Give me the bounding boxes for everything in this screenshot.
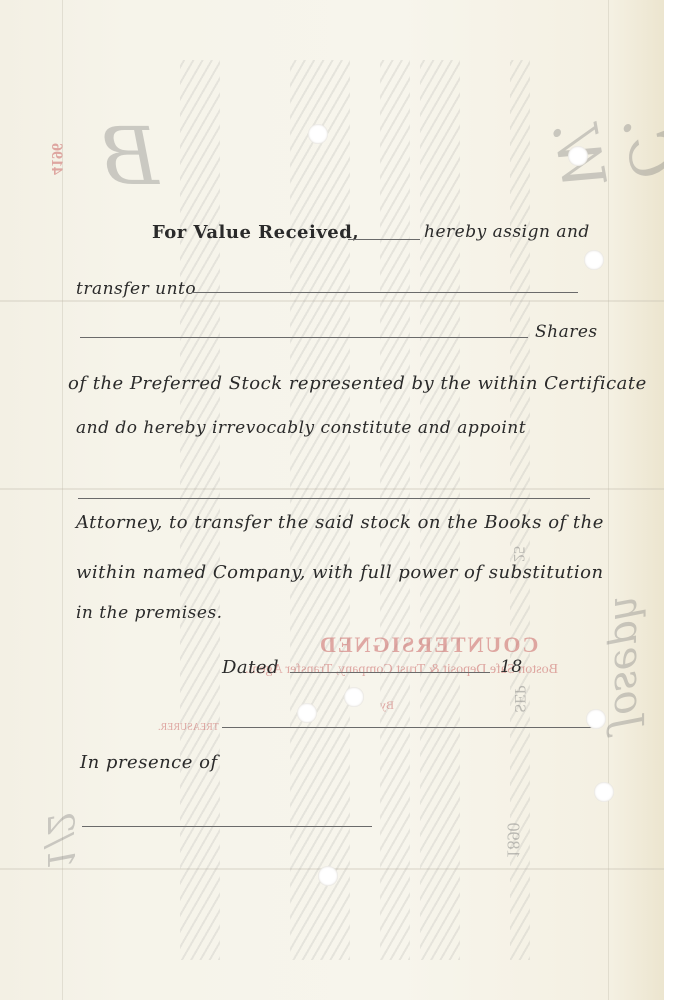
assignor-blank-line bbox=[348, 239, 420, 240]
bleed-through-stripe bbox=[180, 60, 220, 960]
cancellation-hole bbox=[297, 703, 317, 723]
company-text: within named Company, with full power of… bbox=[76, 562, 604, 583]
pencil-signature: Joseph bbox=[605, 595, 651, 731]
signature-blank-line bbox=[222, 727, 592, 728]
cancellation-hole bbox=[308, 124, 328, 144]
assignee-blank-line bbox=[192, 292, 578, 293]
cancellation-hole bbox=[344, 687, 364, 707]
shares-blank-line bbox=[80, 337, 528, 338]
pencil-annotation: B bbox=[100, 110, 159, 203]
pencil-annotation: 1/2 bbox=[38, 812, 79, 870]
cancellation-hole bbox=[568, 146, 588, 166]
stamp-year-bleed: 1890 bbox=[503, 823, 524, 859]
cancellation-hole bbox=[594, 782, 614, 802]
witness-blank-line bbox=[82, 826, 372, 827]
stamp-day-bleed: 25 bbox=[509, 546, 527, 562]
attorney-text: Attorney, to transfer the said stock on … bbox=[76, 512, 604, 533]
pencil-signature: C. W. bbox=[531, 64, 664, 196]
stamp-month-bleed: SEP bbox=[510, 685, 528, 713]
assign-text: hereby assign and bbox=[424, 222, 590, 242]
treasurer-text: TREASURER. bbox=[158, 722, 219, 733]
treasurer-bleed: TREASURER. bbox=[158, 722, 219, 733]
bleed-through-stripe bbox=[290, 60, 350, 960]
countersigned-text: COUNTERSIGNED bbox=[318, 632, 538, 658]
cancellation-hole bbox=[318, 866, 338, 886]
countersigned-bleed: COUNTERSIGNED bbox=[318, 632, 538, 658]
dated-label: Dated bbox=[222, 657, 279, 678]
by-text: By bbox=[380, 698, 394, 713]
bleed-through-stripe bbox=[380, 60, 410, 960]
certificate-number-bleed: 4196 bbox=[47, 143, 65, 175]
scan-margin bbox=[664, 0, 676, 1000]
preferred-stock-text: of the Preferred Stock represented by th… bbox=[68, 373, 647, 394]
transfer-unto-text: transfer unto bbox=[76, 279, 196, 299]
shares-text: Shares bbox=[535, 322, 598, 342]
document-page: C. W. Joseph 1/2 B 4196 COUNTERSIGNED Bo… bbox=[0, 0, 664, 1000]
date-blank-line bbox=[290, 672, 490, 673]
attorney-blank-line bbox=[78, 498, 590, 499]
form-heading: For Value Received, bbox=[152, 222, 359, 243]
cancellation-hole bbox=[586, 709, 606, 729]
by-bleed: By bbox=[380, 698, 394, 713]
constitute-text: and do hereby irrevocably constitute and… bbox=[76, 418, 526, 438]
bleed-through-stripe bbox=[420, 60, 460, 960]
year-prefix: 18 bbox=[500, 657, 523, 677]
presence-text: In presence of bbox=[80, 752, 218, 773]
premises-text: in the premises. bbox=[76, 603, 223, 623]
cancellation-hole bbox=[584, 250, 604, 270]
